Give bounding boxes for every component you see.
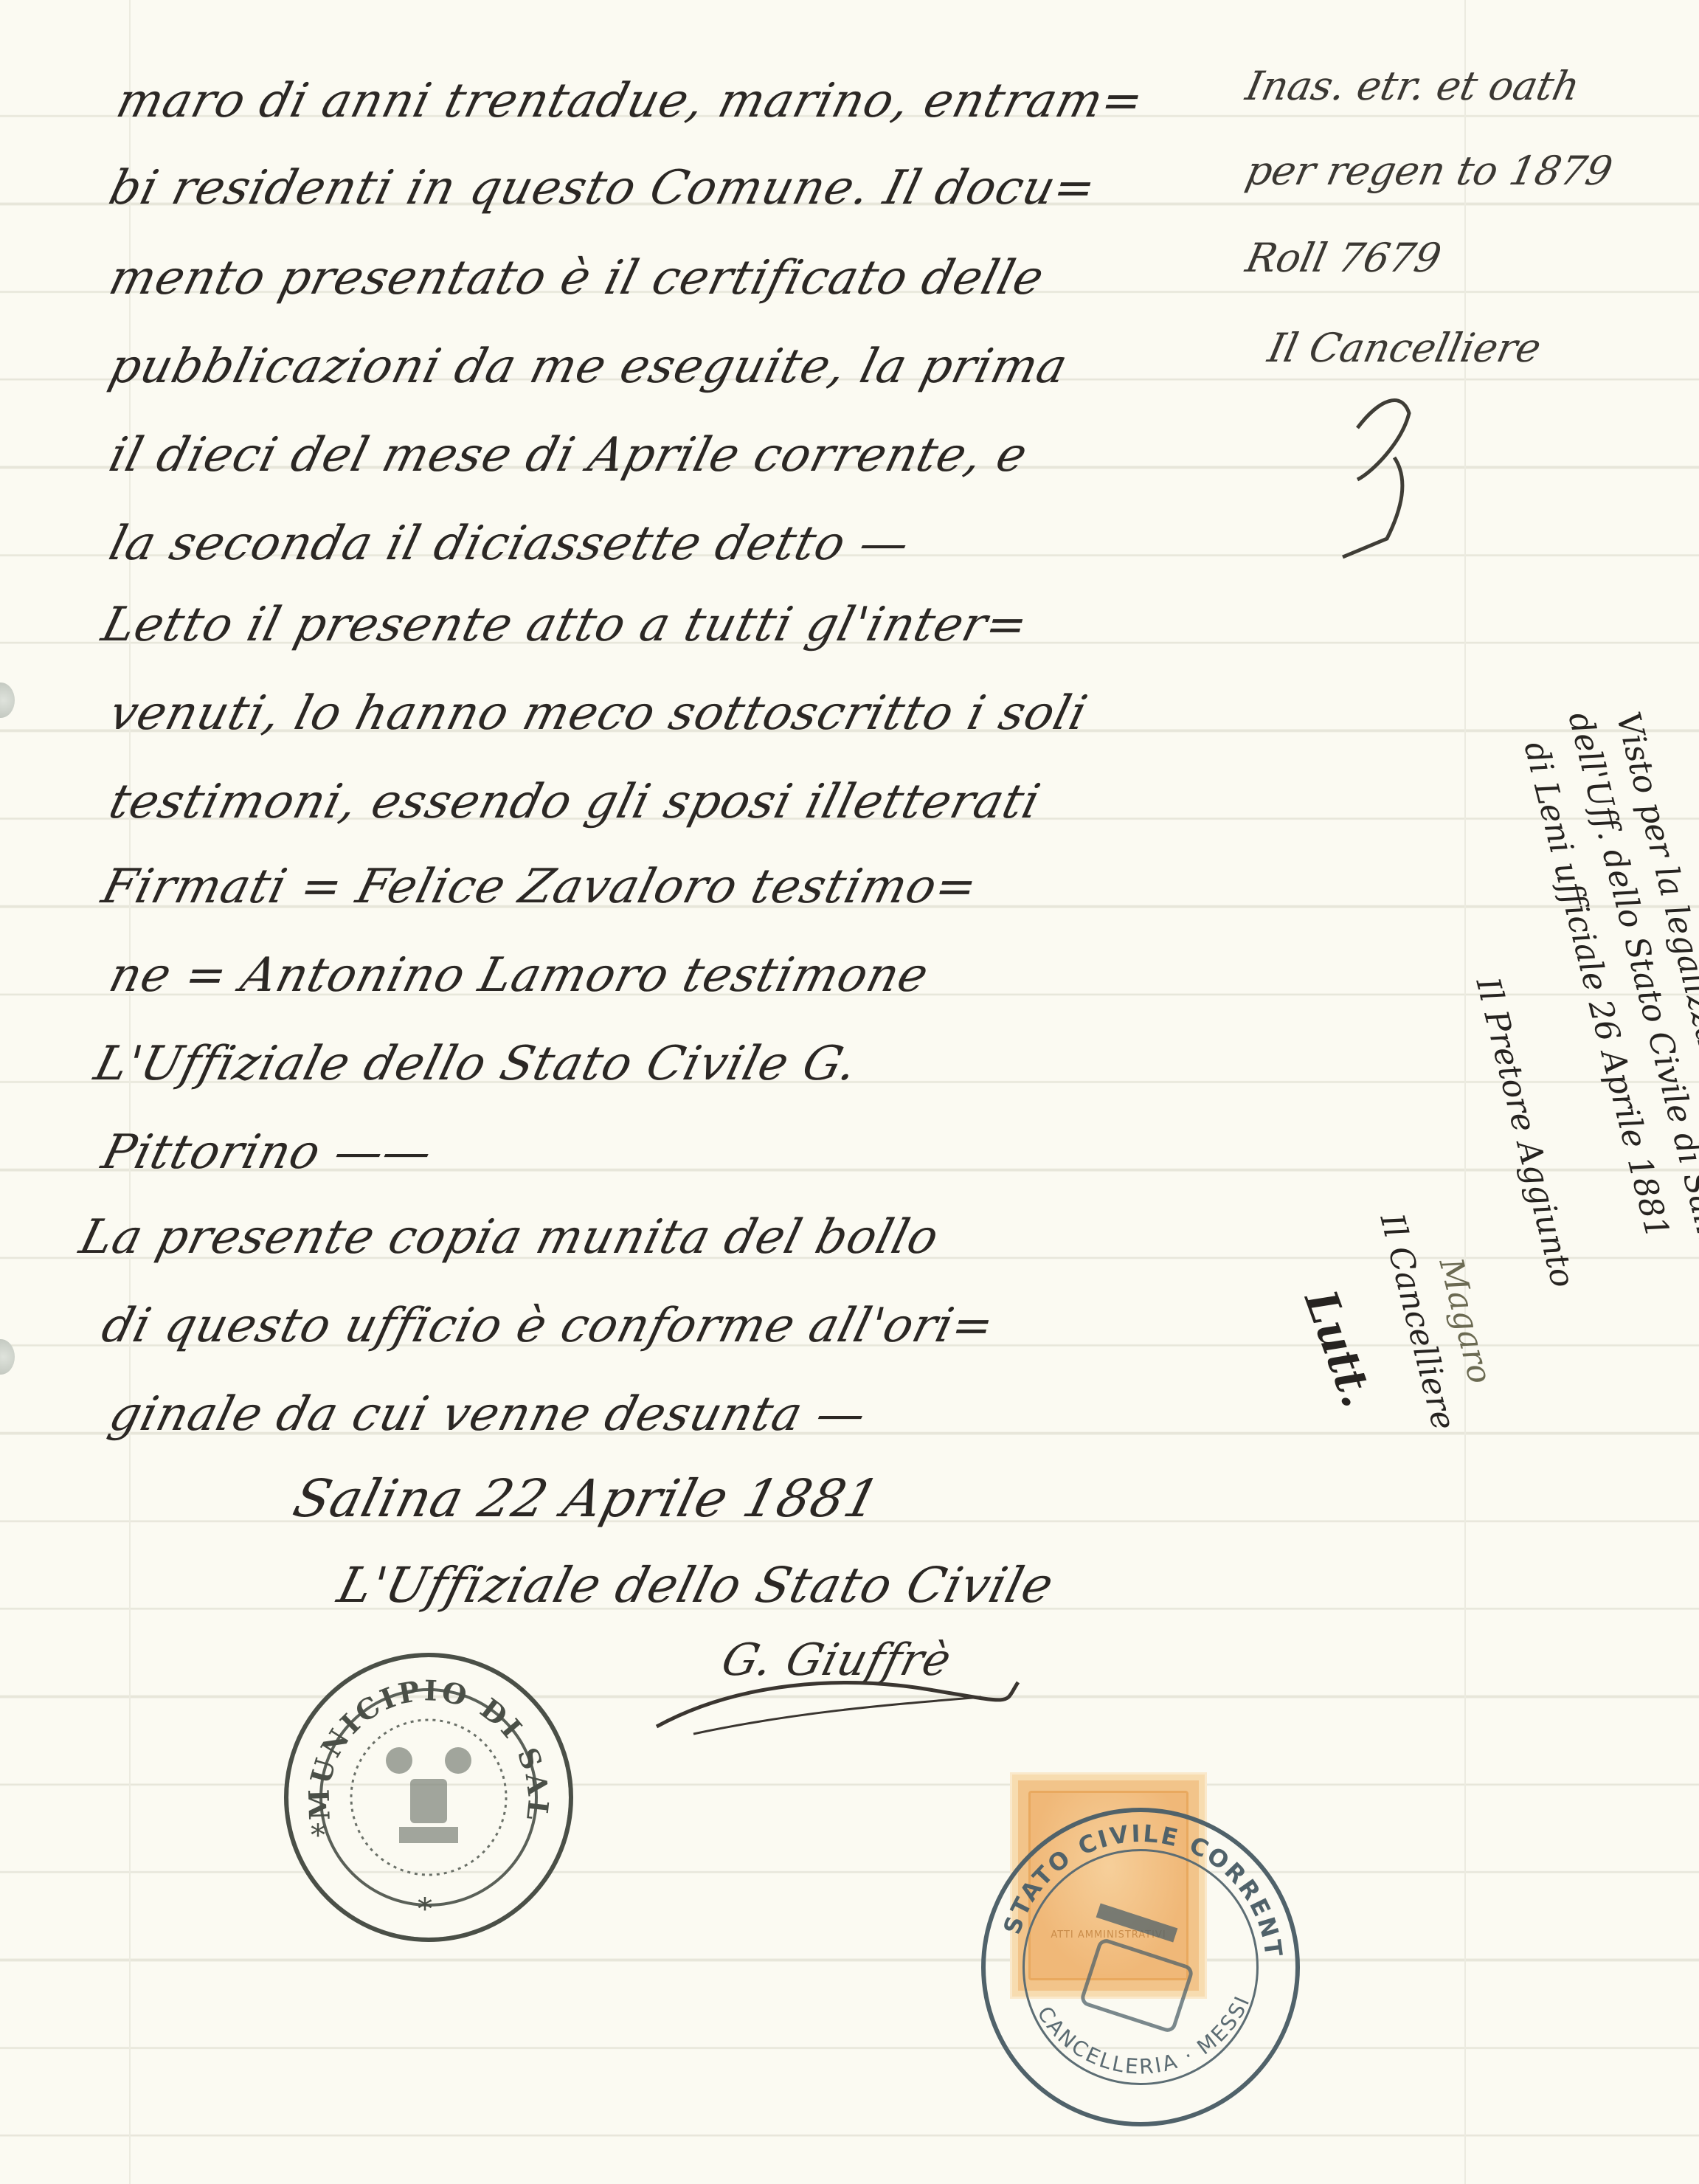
margin-note-line: per regen to 1879 bbox=[1242, 148, 1616, 194]
text-line: L'Uffiziale dello Stato Civile G. bbox=[89, 1037, 863, 1091]
text-line: di questo ufficio è conforme all'ori= bbox=[97, 1299, 1000, 1353]
svg-text:STATO CIVILE CORRENT: STATO CIVILE CORRENT bbox=[997, 1820, 1287, 1960]
svg-text:*: * bbox=[311, 1819, 325, 1853]
left-margin-rule bbox=[129, 0, 131, 2184]
text-line: Letto il presente atto a tutti gl'inter= bbox=[97, 598, 1034, 652]
margin-note-line: Il Cancelliere bbox=[1264, 325, 1545, 371]
text-line: testimoni, essendo gli sposi illetterati bbox=[104, 775, 1046, 829]
chancellor-signature-icon bbox=[1328, 369, 1431, 561]
text-line: il dieci del mese di Aprile corrente, e bbox=[104, 428, 1034, 483]
text-line: ne = Antonino Lamoro testimone bbox=[104, 948, 935, 1003]
margin-note-line: Inas. etr. et oath bbox=[1242, 63, 1584, 109]
margin-note-line: Roll 7679 bbox=[1242, 235, 1445, 281]
signature-flourish-icon bbox=[649, 1653, 1033, 1741]
municipal-seal: MUNICIPIO DI SALINA * * bbox=[284, 1653, 573, 1942]
seal-emblem-icon: MUNICIPIO DI SALINA * * bbox=[288, 1657, 569, 1938]
text-line: mento presentato è il certificato delle bbox=[104, 251, 1050, 305]
cancellation-postmark: STATO CIVILE CORRENT CANCELLERIA · MESSI… bbox=[981, 1808, 1300, 2126]
text-line: la seconda il diciassette detto — bbox=[104, 516, 916, 571]
postmark-text-icon: STATO CIVILE CORRENT CANCELLERIA · MESSI… bbox=[986, 1812, 1295, 2122]
text-line: pubblicazioni da me eseguite, la prima bbox=[104, 339, 1073, 394]
text-line: Pittorino —— bbox=[97, 1125, 438, 1180]
date-line: Salina 22 Aprile 1881 bbox=[288, 1468, 887, 1529]
svg-text:*: * bbox=[418, 1893, 432, 1926]
text-line: maro di anni trentadue, marino, entram= bbox=[111, 74, 1149, 128]
text-line: Firmati = Felice Zavaloro testimo= bbox=[97, 860, 983, 914]
text-line: venuti, lo hanno meco sottoscritto i sol… bbox=[104, 686, 1093, 741]
text-line: La presente copia munita del bollo bbox=[75, 1210, 945, 1265]
text-line: ginale da cui venne desunta — bbox=[104, 1387, 872, 1442]
text-line: bi residenti in questo Comune. Il docu= bbox=[104, 161, 1102, 215]
officer-title: L'Uffiziale dello Stato Civile bbox=[332, 1557, 1059, 1614]
